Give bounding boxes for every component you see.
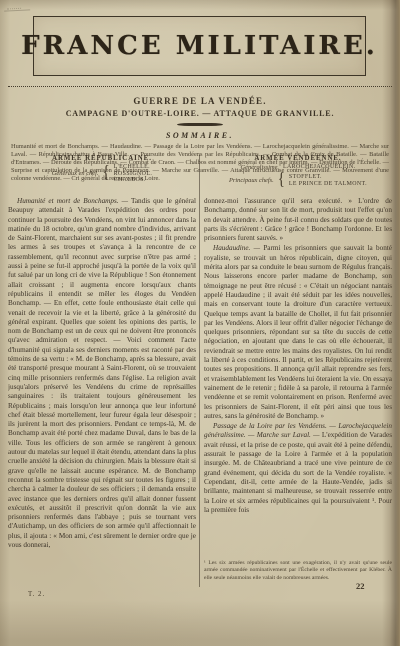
- book-gutter-shadow: [382, 0, 400, 646]
- general-name: L'ÉCHELLE.: [114, 164, 153, 171]
- paragraph: Haudaudine. — Parmi les prisonniers que …: [204, 244, 392, 421]
- vendeen-role-1-label: Généralissime.: [241, 164, 280, 171]
- dotted-rule: [8, 86, 392, 87]
- signature-mark: T. 2.: [28, 591, 45, 598]
- text-column-left: Humanité et mort de Bonchamps. — Tandis …: [8, 197, 196, 590]
- paragraph: donnez-moi l'assurance qu'il sera exécut…: [204, 197, 392, 243]
- brace-glyph: {: [102, 165, 109, 183]
- sommaire-heading: SOMMAIRE.: [0, 131, 400, 140]
- general-name: ROSSIGNOL.: [114, 171, 153, 178]
- republican-army-title: ARMÉE RÉPUBLICAINE.: [8, 155, 196, 162]
- republican-generals-list: L'ÉCHELLE. ROSSIGNOL. CHALBOS.: [114, 164, 153, 184]
- paragraph-text: L'expédition de Varades avait réussi, et…: [204, 431, 392, 513]
- chapter-title: GUERRE DE LA VENDÉE.: [0, 96, 400, 106]
- column-divider: [199, 155, 200, 587]
- vendeen-army-header: ARMÉE VENDÉENNE. Généralissime. LAROCHEJ…: [204, 155, 392, 188]
- paragraph: Passage de la Loire par les Vendéens. — …: [204, 422, 392, 515]
- section-divider: [177, 123, 223, 126]
- vendeen-generalissime: LAROCHEJACQUELEIN.: [283, 164, 355, 171]
- general-name: CHALBOS.: [114, 177, 153, 184]
- masthead-title: FRANCE MILITAIRE.: [21, 31, 378, 61]
- general-name: LAROCHEJACQUELEIN.: [283, 164, 355, 171]
- vendeen-army-title: ARMÉE VENDÉENNE.: [204, 155, 392, 162]
- vendeen-role-2-label: Principaux chefs.: [229, 177, 274, 184]
- republican-role-label: Généraux en chef.: [52, 170, 99, 177]
- paragraph-text: Parmi les prisonniers que sauvait la bon…: [204, 244, 392, 419]
- paragraph-lead: Humanité et mort de Bonchamps. —: [17, 197, 128, 205]
- paragraph: Humanité et mort de Bonchamps. — Tandis …: [8, 197, 196, 550]
- vendeen-chiefs-list: STOFFLET. LE PRINCE DE TALMONT.: [289, 174, 367, 187]
- pencil-mark: [4, 2, 30, 11]
- paragraph-lead: Haudaudine. —: [213, 244, 260, 252]
- paragraph-text: Tandis que le général Beaupuy attendait …: [8, 197, 196, 549]
- general-name: STOFFLET.: [289, 174, 367, 181]
- republican-army-header: ARMÉE RÉPUBLICAINE. Généraux en chef. { …: [8, 155, 196, 184]
- paragraph-text: donnez-moi l'assurance qu'il sera exécut…: [204, 197, 392, 242]
- text-column-right: donnez-moi l'assurance qu'il sera exécut…: [204, 197, 392, 555]
- brace-glyph: {: [278, 172, 285, 190]
- chapter-subtitle: CAMPAGNE D'OUTRE-LOIRE. — ATTAQUE DE GRA…: [0, 109, 400, 118]
- masthead-frame: FRANCE MILITAIRE.: [33, 16, 366, 76]
- general-name: LE PRINCE DE TALMONT.: [289, 181, 367, 188]
- page-number: 22: [356, 581, 365, 591]
